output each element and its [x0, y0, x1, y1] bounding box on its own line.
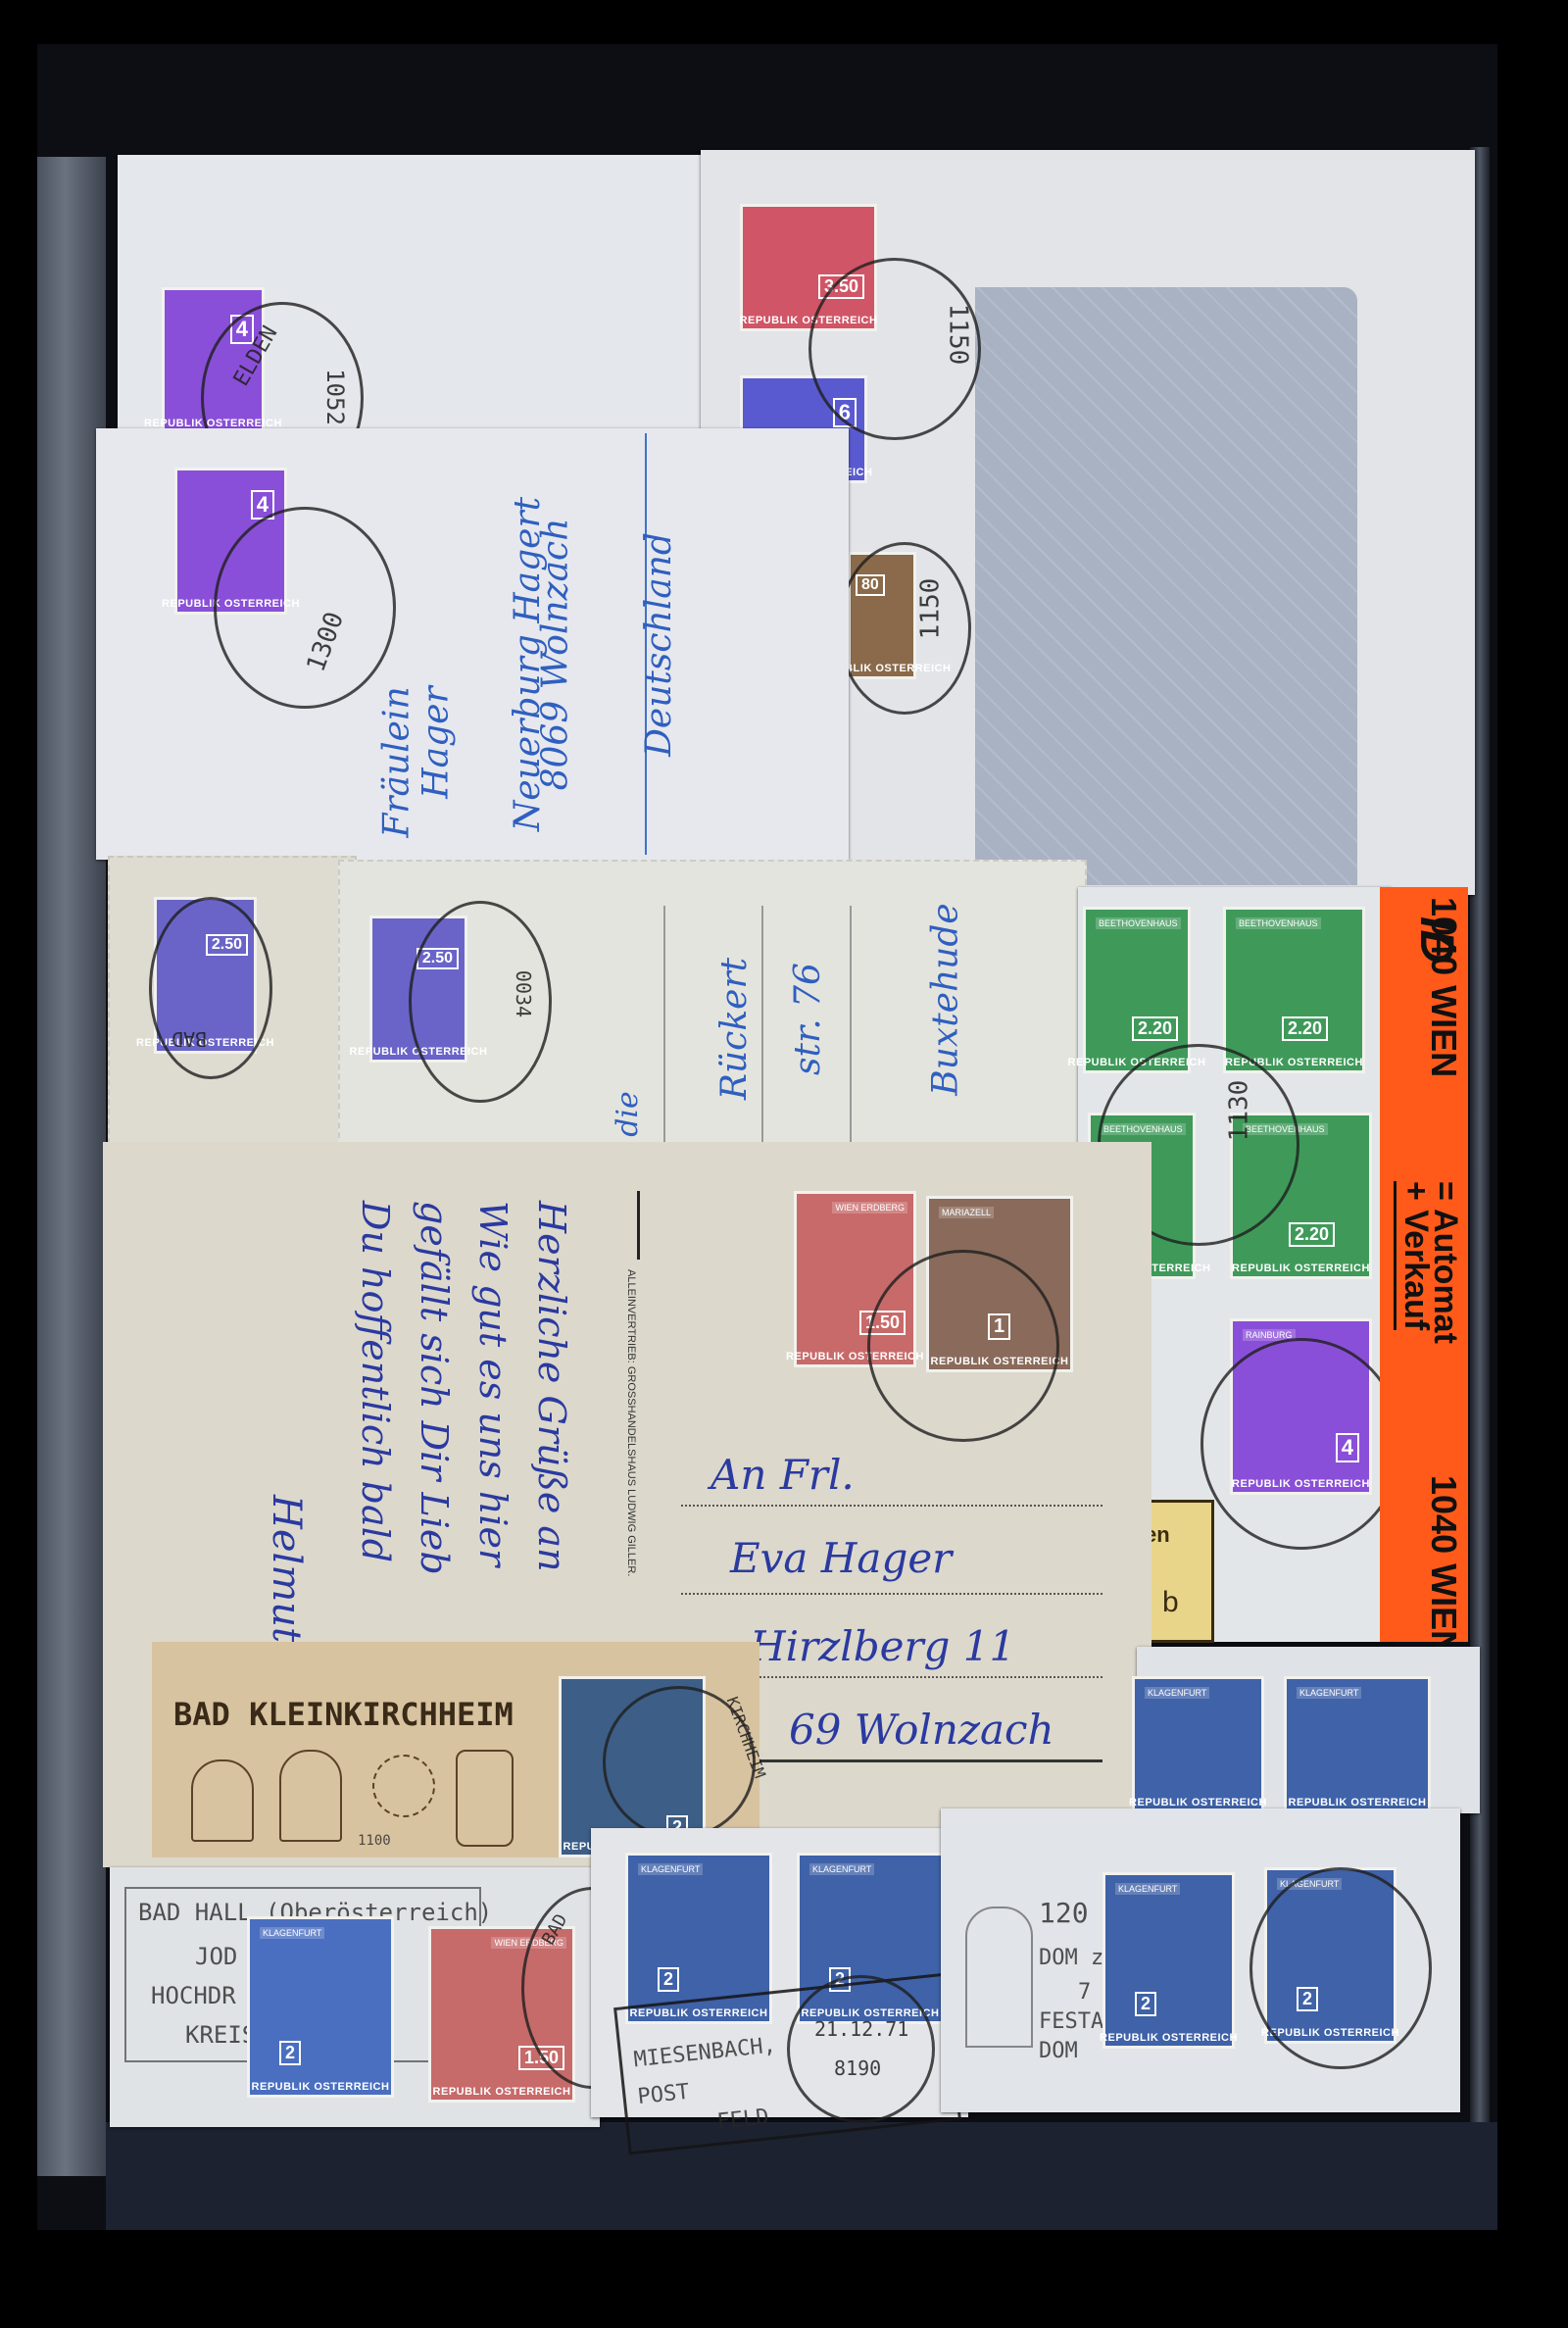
- postmark: KIRCHHEIM: [603, 1686, 756, 1839]
- postmark: 1150: [838, 542, 971, 715]
- piece-klagenfurt-pair: KLAGENFURT REPUBLIK OSTERREICH KLAGENFUR…: [1137, 1647, 1480, 1813]
- empty-pocket: [106, 2122, 1497, 2230]
- postmark: [867, 1250, 1059, 1442]
- address-line: An Frl.: [710, 1451, 855, 1499]
- cathedral-illustration: [965, 1907, 1033, 2048]
- address-line: 69 Wolnzach: [789, 1706, 1054, 1754]
- stamp-klagenfurt: KLAGENFURT REPUBLIK OSTERREICH: [1132, 1676, 1264, 1813]
- postmark: 1150: [808, 258, 981, 440]
- stamp-klagenfurt: KLAGENFURT REPUBLIK OSTERREICH: [1284, 1676, 1431, 1813]
- stamp-beethovenhaus: BEETHOVENHAUS 2.20 REPUBLIK OSTERREICH: [1223, 907, 1365, 1073]
- address-block: Fräulein Hager Neuerburg Hagert 8069 Wol…: [400, 448, 811, 860]
- postmark: 21.12.71 8190: [787, 1975, 935, 2123]
- orange-automat-label: ID 1040 WIEN = Automat + Verkauf 1040 WI…: [1380, 887, 1468, 1642]
- postmark: BAD: [149, 897, 272, 1079]
- address-line: Hirzlberg 11: [750, 1622, 1015, 1670]
- cartoon-illustration: [191, 1750, 514, 1848]
- postmark: [1200, 1338, 1402, 1550]
- stamp-klagenfurt-2s: KLAGENFURT 2 REPUBLIK OSTERREICH: [1102, 1872, 1235, 2049]
- postcard-linz: 2.50 REPUBLIK OSTERREICH 0034 die Rücker…: [338, 860, 1087, 1158]
- envelope-window: [975, 287, 1357, 885]
- stamp-klagenfurt-2s: KLAGENFURT 2 REPUBLIK OSTERREICH: [247, 1916, 394, 2098]
- piece-bad-hall: BAD HALL (Oberösterreich) JOD HOCHDR KRE…: [110, 1867, 600, 2127]
- piece-miesenbach: KLAGENFURT 2 REPUBLIK OSTERREICH KLAGENF…: [591, 1828, 968, 2117]
- address-line: Eva Hager: [730, 1534, 952, 1582]
- piece-dom: 120 DOM z 7 FESTA DOM KLAGENFURT 2 REPUB…: [941, 1808, 1460, 2112]
- piece-kleinkirchheim: BAD KLEINKIRCHHEIM 1100 2 REPUBLIK OSTER…: [152, 1642, 759, 1857]
- postmark: 1300: [214, 507, 396, 709]
- postmark: 0034: [409, 901, 552, 1103]
- postcard-bad: 2.50 REPUBLIK OSTERREICH BAD: [108, 856, 357, 1154]
- publisher-imprint: ALLEINVERTRIEB: GROSSHANDELSHAUS LUDWIG …: [625, 1269, 637, 1576]
- postmark: [1249, 1867, 1432, 2069]
- postcard-1300: 4 REPUBLIK OSTERREICH 1300 Fräulein Hage…: [96, 428, 849, 860]
- cover-top-left: 4 REPUBLIK OSTERREICH ELDEN 1052: [118, 155, 706, 449]
